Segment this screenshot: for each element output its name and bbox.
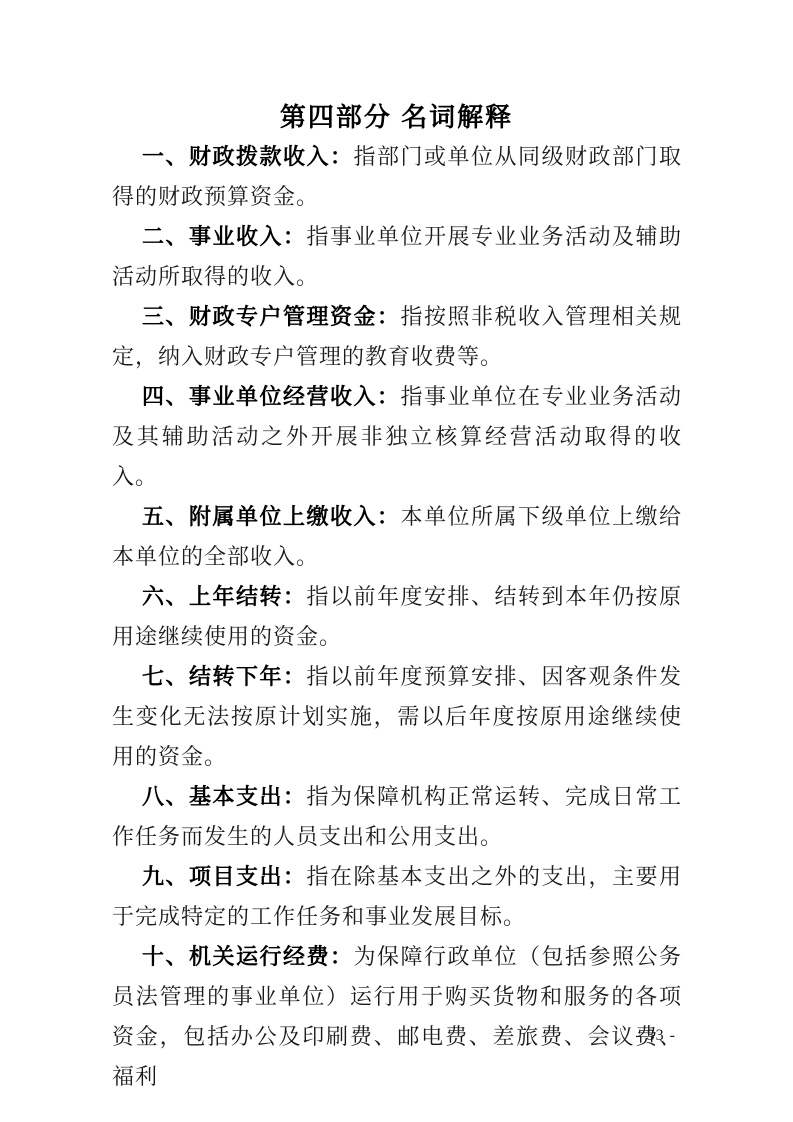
- glossary-term-5: 五、附属单位上缴收入：本单位所属下级单位上缴给本单位的全部收入。: [112, 497, 682, 577]
- glossary-term-2: 二、事业收入：指事业单位开展专业业务活动及辅助活动所取得的收入。: [112, 217, 682, 297]
- glossary-term-9: 九、项目支出：指在除基本支出之外的支出，主要用于完成特定的工作任务和事业发展目标…: [112, 857, 682, 937]
- term-label: 七、结转下年：: [142, 664, 307, 689]
- glossary-term-3: 三、财政专户管理资金：指按照非税收入管理相关规定，纳入财政专户管理的教育收费等。: [112, 297, 682, 377]
- glossary-term-10: 十、机关运行经费：为保障行政单位（包括参照公务员法管理的事业单位）运行用于购买货…: [112, 937, 682, 1097]
- term-label: 十、机关运行经费：: [142, 944, 354, 969]
- term-label: 九、项目支出：: [142, 864, 307, 889]
- document-page: 第四部分 名词解释 一、财政拨款收入：指部门或单位从同级财政部门取得的财政预算资…: [0, 0, 793, 1122]
- term-label: 一、财政拨款收入：: [142, 144, 354, 169]
- glossary-term-6: 六、上年结转：指以前年度安排、结转到本年仍按原用途继续使用的资金。: [112, 577, 682, 657]
- term-label: 六、上年结转：: [142, 584, 307, 609]
- glossary-term-4: 四、事业单位经营收入：指事业单位在专业业务活动及其辅助活动之外开展非独立核算经营…: [112, 377, 682, 497]
- glossary-content: 一、财政拨款收入：指部门或单位从同级财政部门取得的财政预算资金。 二、事业收入：…: [112, 137, 682, 1097]
- term-label: 二、事业收入：: [142, 224, 307, 249]
- page-number: - 33 -: [635, 1026, 676, 1046]
- term-label: 五、附属单位上缴收入：: [142, 504, 401, 529]
- term-label: 四、事业单位经营收入：: [142, 384, 401, 409]
- page-title: 第四部分 名词解释: [0, 0, 793, 137]
- glossary-term-7: 七、结转下年：指以前年度预算安排、因客观条件发生变化无法按原计划实施，需以后年度…: [112, 657, 682, 777]
- glossary-term-8: 八、基本支出：指为保障机构正常运转、完成日常工作任务而发生的人员支出和公用支出。: [112, 777, 682, 857]
- glossary-term-1: 一、财政拨款收入：指部门或单位从同级财政部门取得的财政预算资金。: [112, 137, 682, 217]
- term-label: 八、基本支出：: [142, 784, 307, 809]
- term-label: 三、财政专户管理资金：: [142, 304, 401, 329]
